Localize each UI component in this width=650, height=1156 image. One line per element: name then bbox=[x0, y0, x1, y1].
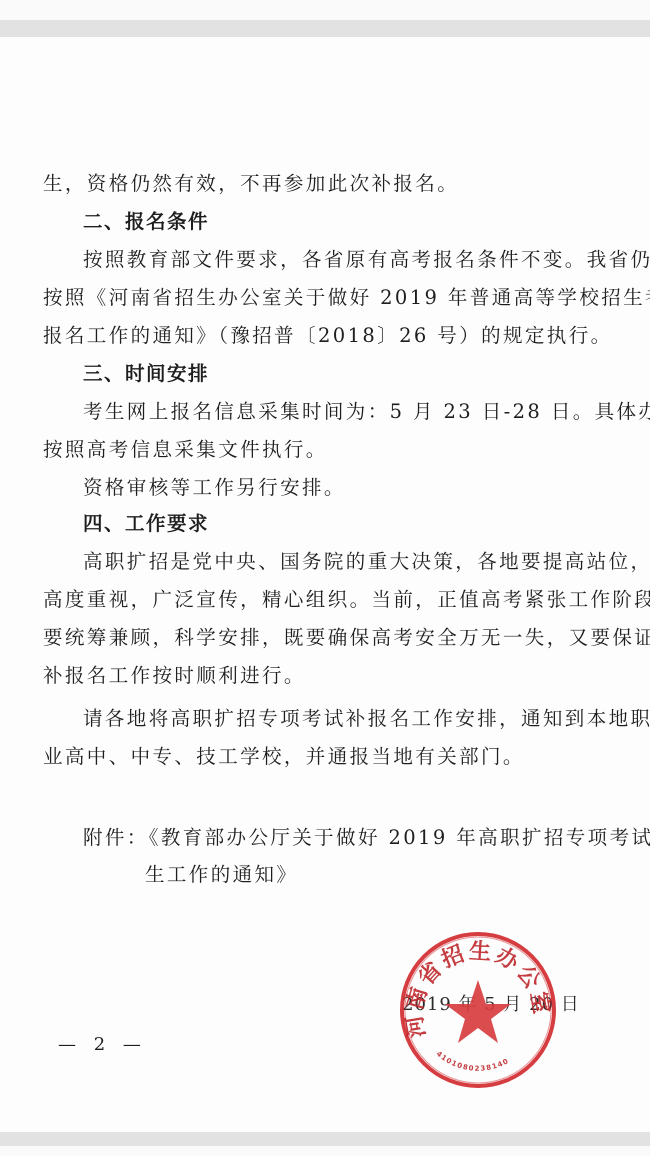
attachment-line-1: 附件：《教育部办公厅关于做好 2019 年高职扩招专项考试招 bbox=[83, 825, 650, 851]
top-strip bbox=[0, 0, 650, 20]
body-line: 生，资格仍然有效，不再参加此次补报名。 bbox=[43, 171, 623, 197]
bottom-separator-band bbox=[0, 1132, 650, 1146]
body-line: 高度重视，广泛宣传，精心组织。当前，正值高考紧张工作阶段， bbox=[43, 587, 623, 613]
bottom-strip bbox=[0, 1146, 650, 1156]
attachment-line-2: 生工作的通知》 bbox=[145, 862, 650, 888]
body-line: 补报名工作按时顺利进行。 bbox=[43, 663, 623, 689]
section-heading-schedule: 三、时间安排 bbox=[83, 361, 650, 387]
body-line: 按照教育部文件要求，各省原有高考报名条件不变。我省仍 bbox=[83, 247, 650, 273]
body-line: 高职扩招是党中央、国务院的重大决策，各地要提高站位， bbox=[83, 549, 650, 575]
body-line: 要统筹兼顾，科学安排，既要确保高考安全万无一失，又要保证 bbox=[43, 625, 623, 651]
body-line: 请各地将高职扩招专项考试补报名工作安排，通知到本地职 bbox=[83, 706, 650, 732]
body-line: 资格审核等工作另行安排。 bbox=[83, 475, 650, 501]
section-heading-registration-conditions: 二、报名条件 bbox=[83, 209, 650, 235]
body-line: 报名工作的通知》（豫招普〔2018〕26 号）的规定执行。 bbox=[43, 323, 623, 349]
body-line: 按照《河南省招生办公室关于做好 2019 年普通高等学校招生考试 bbox=[43, 285, 623, 311]
seal-code-text: 4101080238140 bbox=[435, 1050, 511, 1073]
section-heading-work-requirements: 四、工作要求 bbox=[83, 511, 650, 537]
seal-star-icon bbox=[445, 980, 511, 1043]
page-number: — 2 — bbox=[58, 1034, 147, 1055]
body-line: 业高中、中专、技工学校，并通报当地有关部门。 bbox=[43, 744, 623, 770]
official-seal-icon: 河南省招生办公室 4101080238140 bbox=[398, 930, 558, 1090]
top-separator-band bbox=[0, 20, 650, 37]
body-line: 考生网上报名信息采集时间为：5 月 23 日-28 日。具体办法 bbox=[83, 399, 650, 425]
body-line: 按照高考信息采集文件执行。 bbox=[43, 437, 623, 463]
